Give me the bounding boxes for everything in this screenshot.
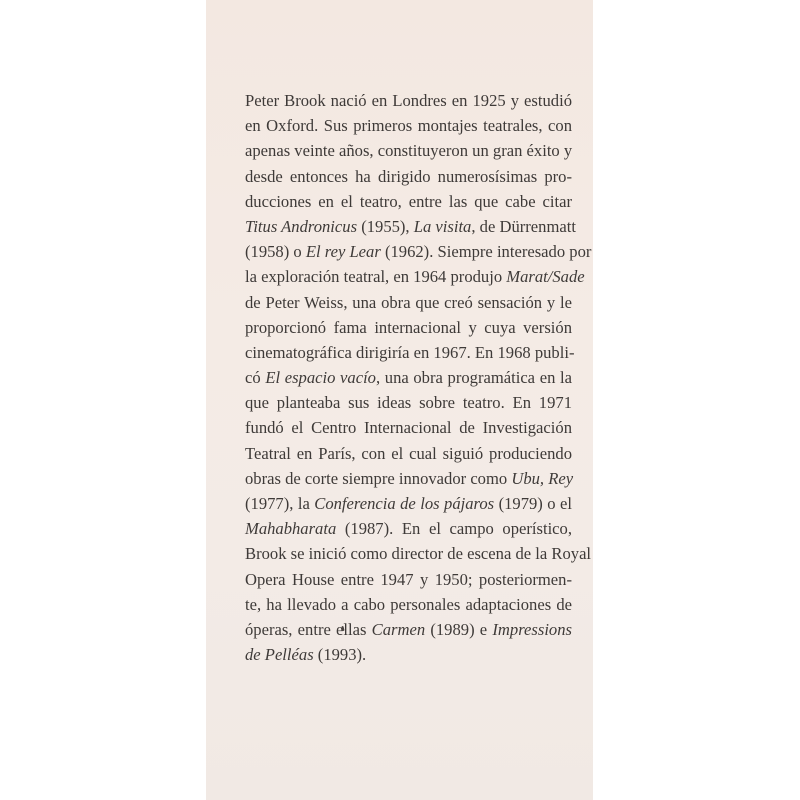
text-run: (1989) e (425, 620, 492, 639)
text-run: Brook se inició como director de escena … (245, 544, 591, 563)
text-line: proporcionó fama internacional y cuya ve… (245, 315, 572, 340)
text-line: có El espacio vacío, una obra programáti… (245, 365, 572, 390)
italic-title: Titus Andronicus (245, 217, 357, 236)
text-line: de Pelléas (1993). (245, 642, 572, 667)
text-run: desde entonces ha dirigido numerosísimas… (245, 167, 572, 186)
text-run: , de Dürrenmatt (471, 217, 576, 236)
italic-title: El espacio vacío (265, 368, 376, 387)
text-run: óperas, entre ellas (245, 620, 372, 639)
text-line: que planteaba sus ideas sobre teatro. En… (245, 390, 572, 415)
text-line: te, ha llevado a cabo personales adaptac… (245, 592, 572, 617)
text-run: apenas veinte años, constituyeron un gra… (245, 141, 572, 160)
text-run: en Oxford. Sus primeros montajes teatral… (245, 116, 572, 135)
text-run: (1962). Siempre interesado por (381, 242, 592, 261)
text-line: Teatral en París, con el cual siguió pro… (245, 441, 572, 466)
text-line: de Peter Weiss, una obra que creó sensac… (245, 290, 572, 315)
italic-title: Mahabharata (245, 519, 336, 538)
italic-title: Marat/Sade (506, 267, 584, 286)
text-line: Mahabharata (1987). En el campo operísti… (245, 516, 572, 541)
italic-title: Ubu, Rey (511, 469, 573, 488)
italic-title: Conferencia de los pájaros (314, 494, 494, 513)
text-run: cinematográfica dirigiría en 1967. En 19… (245, 343, 574, 362)
text-run: (1987). En el campo operístico, (336, 519, 572, 538)
text-run: (1977), la (245, 494, 314, 513)
text-line: (1977), la Conferencia de los pájaros (1… (245, 491, 572, 516)
text-run: proporcionó fama internacional y cuya ve… (245, 318, 572, 337)
text-line: obras de corte siempre innovador como Ub… (245, 466, 572, 491)
text-line: Opera House entre 1947 y 1950; posterior… (245, 567, 572, 592)
text-line: Peter Brook nació en Londres en 1925 y e… (245, 88, 572, 113)
text-run: có (245, 368, 265, 387)
text-run: fundó el Centro Internacional de Investi… (245, 418, 572, 437)
text-run: Peter Brook nació en Londres en 1925 y e… (245, 91, 572, 110)
text-run: obras de corte siempre innovador como (245, 469, 511, 488)
text-run: (1958) o (245, 242, 306, 261)
text-line: la exploración teatral, en 1964 produjo … (245, 264, 572, 289)
text-run: que planteaba sus ideas sobre teatro. En… (245, 393, 572, 412)
italic-title: El rey Lear (306, 242, 381, 261)
italic-title: La visita (414, 217, 472, 236)
text-run: (1955), (357, 217, 414, 236)
text-run: la exploración teatral, en 1964 produjo (245, 267, 506, 286)
text-run: ducciones en el teatro, entre las que ca… (245, 192, 572, 211)
faint-print-mark (231, 2, 301, 6)
text-line: óperas, entre ellas Carmen (1989) e Impr… (245, 617, 572, 642)
text-line: apenas veinte años, constituyeron un gra… (245, 138, 572, 163)
text-line: fundó el Centro Internacional de Investi… (245, 415, 572, 440)
text-run: Teatral en París, con el cual siguió pro… (245, 444, 572, 463)
text-run: de Peter Weiss, una obra que creó sensac… (245, 293, 572, 312)
text-line: desde entonces ha dirigido numerosísimas… (245, 164, 572, 189)
text-run: (1979) o el (494, 494, 572, 513)
italic-title: de Pelléas (245, 645, 314, 664)
italic-title: Impressions (492, 620, 572, 639)
italic-title: Carmen (372, 620, 425, 639)
text-line: (1958) o El rey Lear (1962). Siempre int… (245, 239, 572, 264)
text-line: Brook se inició como director de escena … (245, 541, 572, 566)
author-biography-text: Peter Brook nació en Londres en 1925 y e… (245, 88, 572, 667)
text-line: cinematográfica dirigiría en 1967. En 19… (245, 340, 572, 365)
text-line: en Oxford. Sus primeros montajes teatral… (245, 113, 572, 138)
text-line: ducciones en el teatro, entre las que ca… (245, 189, 572, 214)
text-line: Titus Andronicus (1955), La visita, de D… (245, 214, 572, 239)
text-run: Opera House entre 1947 y 1950; posterior… (245, 570, 572, 589)
text-run: (1993). (314, 645, 367, 664)
text-run: te, ha llevado a cabo personales adaptac… (245, 595, 572, 614)
text-run: , una obra programática en la (376, 368, 572, 387)
book-back-cover-page: Peter Brook nació en Londres en 1925 y e… (206, 0, 593, 800)
